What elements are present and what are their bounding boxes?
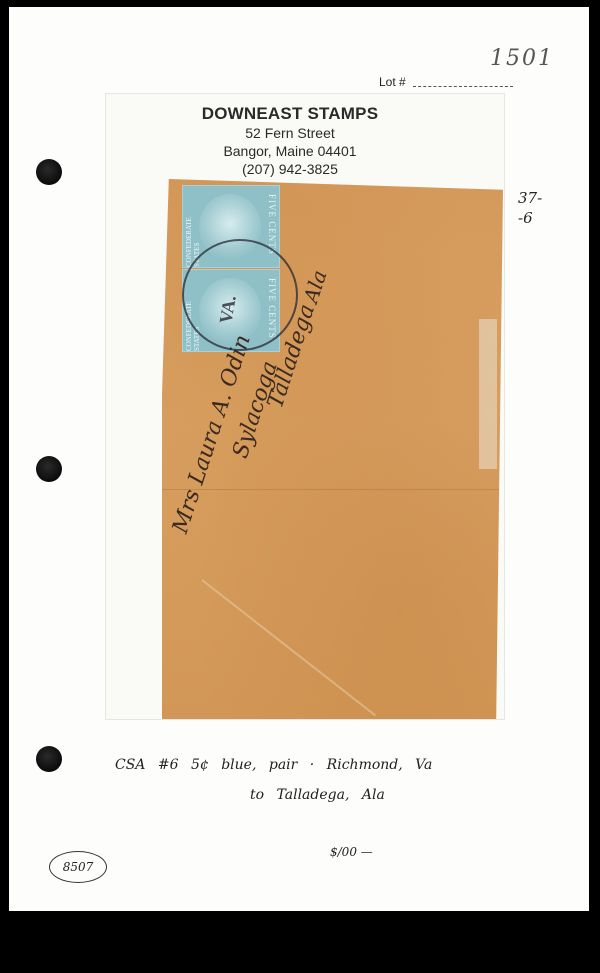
envelope-fold [162,489,503,490]
catalog-note-line-1: 37- [518,188,542,208]
postmark-text: VA. [215,294,241,325]
catalog-note-line-2: -6 [518,208,542,228]
dealer-header: DOWNEAST STAMPS 52 Fern Street Bangor, M… [170,104,410,178]
dealer-name: DOWNEAST STAMPS [170,104,410,124]
envelope-crease [201,579,376,716]
envelope-tape [479,319,497,469]
binder-hole-top [36,159,62,185]
description-line-1: CSA #6 5¢ blue, pair · Richmond, Va [115,757,432,773]
lot-number: 1501 [490,46,554,71]
lot-underline [413,86,513,87]
binder-hole-bottom [36,746,62,772]
binder-hole-middle [36,456,62,482]
dealer-city: Bangor, Maine 04401 [170,142,410,160]
dealer-street: 52 Fern Street [170,124,410,142]
description-line-2: to Talladega, Ala [250,787,385,803]
lot-label: Lot # [379,75,406,89]
price-note: $/00 — [330,845,373,859]
reference-number: 8507 [49,851,107,883]
catalog-note: 37- -6 [518,188,542,228]
dealer-phone: (207) 942-3825 [170,160,410,178]
